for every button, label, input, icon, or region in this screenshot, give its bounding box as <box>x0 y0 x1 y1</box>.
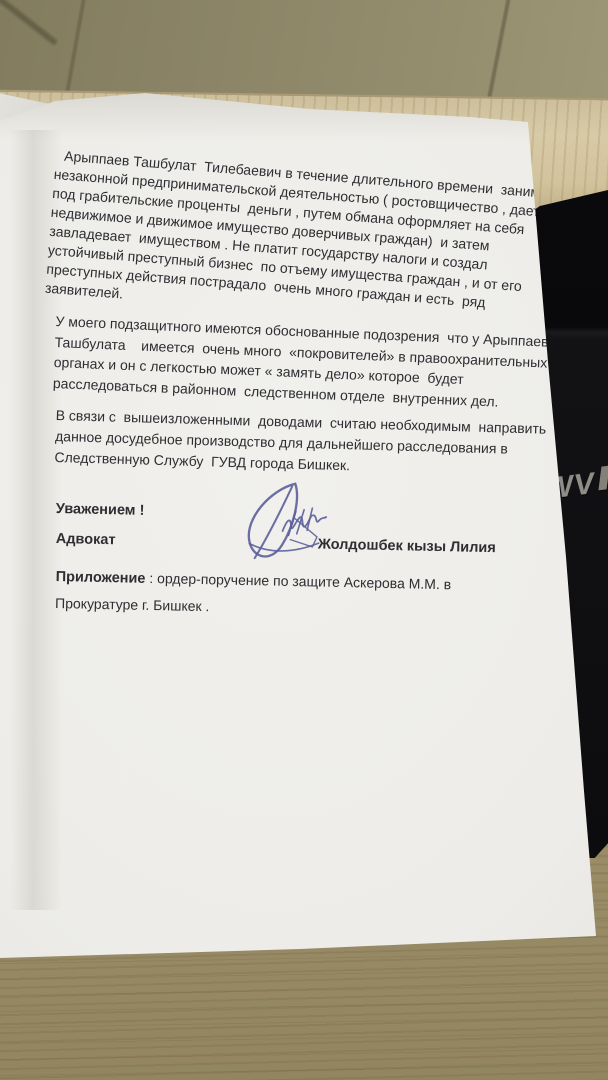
paragraph-3: В связи с вышеизложенными доводами счита… <box>54 405 556 482</box>
tile-corner-shadow <box>0 0 58 46</box>
paper-sheet: Арыппаев Ташбулат Тилебаевич в течение д… <box>0 0 608 1080</box>
attachment-line: Приложение : ордер-поручение по защите А… <box>55 563 534 626</box>
handwritten-signature <box>226 475 343 573</box>
attachment-label: Приложение <box>56 569 146 587</box>
photo-of-document-on-desk: WV Арыппаев Ташбулат Тилебаевич в течени… <box>0 0 608 1080</box>
signer-role: Адвокат <box>56 531 116 548</box>
paragraph-1: Арыппаев Ташбулат Тилебаевич в течение д… <box>44 146 554 336</box>
signer-name: Жолдошбек кызы Лилия <box>318 536 496 556</box>
